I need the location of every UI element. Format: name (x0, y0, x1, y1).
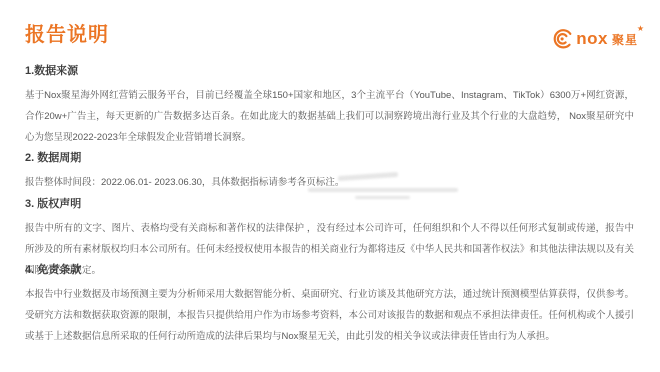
header: 报告说明 nox 聚星 ★ (25, 22, 638, 51)
logo-text-cn: 聚星 (612, 33, 638, 47)
brand-logo: nox 聚星 ★ (550, 26, 638, 51)
section-heading: 4. 免责条款 (25, 262, 634, 278)
logo-text-cn-wrap: 聚星 ★ (612, 31, 638, 49)
section-body: 报告整体时间段：2022.06.01- 2023.06.30，具体数据指标请参考… (25, 172, 634, 193)
section-data-source: 1.数据来源 基于Nox聚星海外网红营销云服务平台，目前已经覆盖全球150+国家… (25, 63, 634, 148)
section-body: 本报告中行业数据及市场预测主要为分析师采用大数据智能分析、桌面研究、行业访谈及其… (25, 284, 634, 347)
section-body: 基于Nox聚星海外网红营销云服务平台，目前已经覆盖全球150+国家和地区，3个主… (25, 85, 634, 148)
page-title: 报告说明 (25, 22, 109, 48)
section-heading: 3. 版权声明 (25, 196, 634, 212)
section-disclaimer: 4. 免责条款 本报告中行业数据及市场预测主要为分析师采用大数据智能分析、桌面研… (25, 262, 634, 347)
star-icon: ★ (637, 24, 644, 33)
nox-spiral-icon (550, 26, 575, 51)
logo-text-nox: nox (576, 29, 608, 49)
section-heading: 2. 数据周期 (25, 150, 634, 166)
report-notes-slide: 报告说明 nox 聚星 ★ 1.数据来源 基于Nox聚星海外网红营销云服务平台，… (0, 0, 660, 372)
section-data-period: 2. 数据周期 报告整体时间段：2022.06.01- 2023.06.30，具… (25, 150, 634, 193)
section-heading: 1.数据来源 (25, 63, 634, 79)
